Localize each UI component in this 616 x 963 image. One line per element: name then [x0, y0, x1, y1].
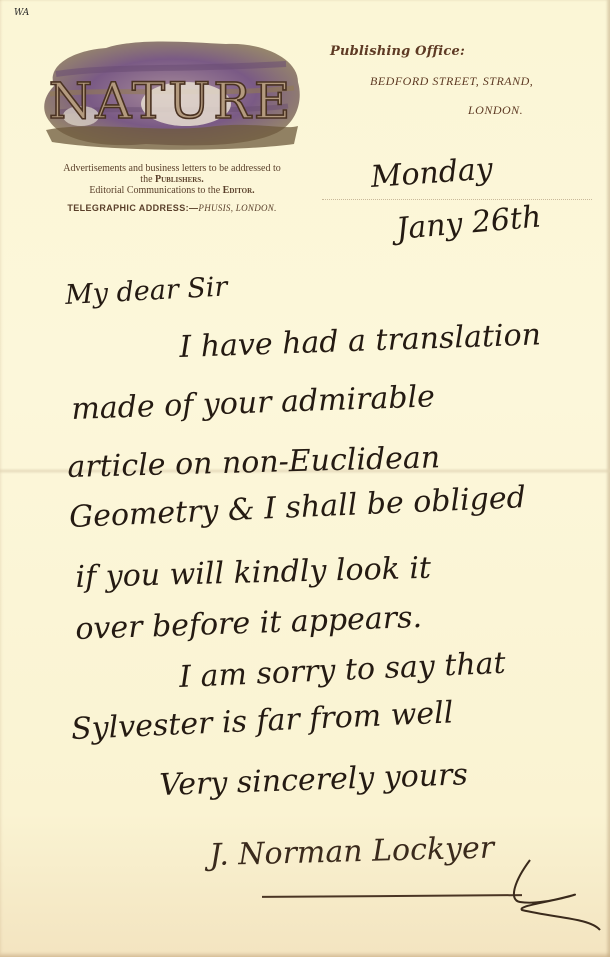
letter-date: Jany 26th — [395, 199, 543, 247]
nature-masthead-vignette: NATURE — [36, 34, 306, 154]
letter-line-1: I have had a translation — [179, 317, 542, 365]
editor-note: Editorial Communications to the Editor. — [22, 185, 322, 196]
publishing-office-block: Publishing Office: BEDFORD STREET, STRAN… — [330, 44, 465, 59]
masthead-title: NATURE — [49, 72, 294, 130]
office-address-line2: LONDON. — [468, 103, 523, 118]
letterhead-publisher-notes: Advertisements and business letters to b… — [22, 163, 322, 214]
date-dotted-rule — [322, 199, 592, 200]
letter-line-5: if you will kindly look it — [75, 551, 431, 595]
editor-note-prefix: Editorial Communications to the — [89, 185, 222, 196]
letter-salutation: My dear Sir — [64, 272, 228, 311]
signature-flourish — [500, 840, 610, 935]
letter-line-3: article on non-Euclidean — [67, 440, 440, 485]
letter-line-2: made of your admirable — [71, 379, 436, 427]
publishers-note-line2: the Publishers. — [22, 174, 322, 185]
letter-signature: J. Norman Lockyer — [209, 831, 494, 873]
letter-day: Monday — [370, 152, 494, 195]
letter-closing: Very sincerely yours — [159, 757, 469, 803]
letter-line-4: Geometry & I shall be obliged — [68, 480, 526, 535]
editor-label: Editor. — [223, 185, 255, 196]
publishers-note-line1: Advertisements and business letters to b… — [22, 163, 322, 174]
office-address-line1: BEDFORD STREET, STRAND, — [370, 74, 533, 89]
letter-line-6: over before it appears. — [75, 600, 423, 647]
archive-mark: WA — [14, 8, 29, 18]
letter-paper: WA NATURE Advertisements and business le… — [0, 0, 610, 957]
signature-underline — [262, 894, 522, 898]
telegraph-label: TELEGRAPHIC ADDRESS:— — [67, 203, 198, 213]
telegraphic-address: TELEGRAPHIC ADDRESS:—PHUSIS, LONDON. — [22, 203, 322, 214]
office-heading: Publishing Office: — [330, 44, 465, 59]
letter-line-7: I am sorry to say that — [178, 646, 506, 695]
letter-line-8: Sylvester is far from well — [70, 695, 454, 747]
publishers-note-prefix: the — [140, 174, 155, 185]
publishers-label: Publishers. — [155, 174, 204, 185]
telegraph-value: PHUSIS, LONDON. — [198, 203, 276, 213]
